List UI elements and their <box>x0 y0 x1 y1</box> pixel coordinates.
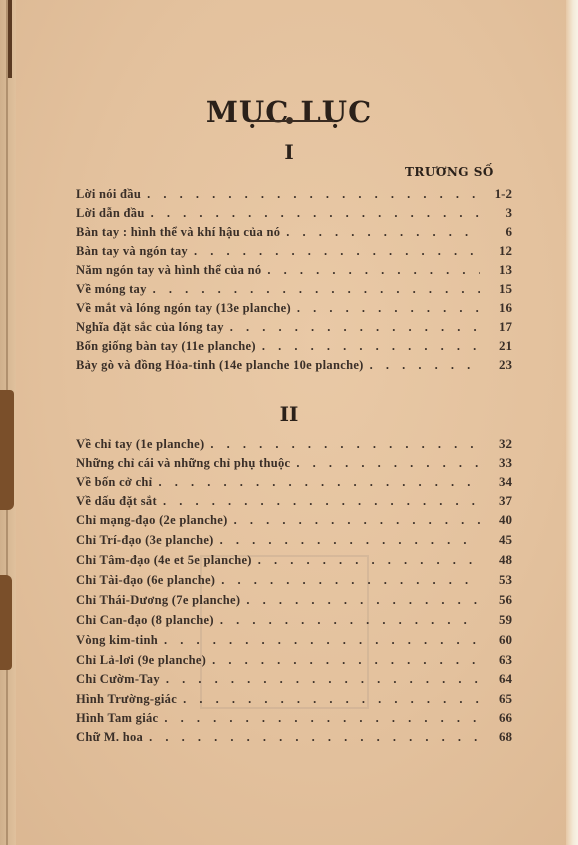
toc-entry-label: Nghĩa đặt sắc của lóng tay <box>76 320 224 335</box>
toc-entry[interactable]: Chỉ Trí-đạo (3e planche)45 <box>76 532 512 550</box>
toc-entry-label: Lời dẫn đầu <box>76 206 145 221</box>
toc-entry-page: 16 <box>486 300 512 316</box>
toc-entry[interactable]: Chỉ Thái-Dương (7e planche)56 <box>76 592 512 610</box>
toc-entry[interactable]: Nghĩa đặt sắc của lóng tay17 <box>76 319 512 337</box>
toc-entry-label: Chỉ Cườm-Tay <box>76 672 160 687</box>
dot-leader <box>370 358 480 373</box>
toc-entry-page: 32 <box>486 436 512 452</box>
dot-leader <box>158 475 480 490</box>
dot-leader <box>296 456 480 471</box>
page-title: MỤC LỤC <box>0 95 578 129</box>
toc-entry-page: 3 <box>486 205 512 221</box>
toc-entry[interactable]: Về mắt và lóng ngón tay (13e planche)16 <box>76 300 512 318</box>
dot-leader <box>210 437 480 452</box>
toc-entry-page: 45 <box>486 532 512 548</box>
toc-entry-label: Chỉ Trí-đạo (3e planche) <box>76 533 214 548</box>
toc-entry-label: Chỉ Can-đạo (8 planche) <box>76 613 214 628</box>
dot-leader <box>234 513 480 528</box>
dot-leader <box>147 187 480 202</box>
dot-leader <box>297 301 480 316</box>
dot-leader <box>194 244 480 259</box>
toc-entry-page: 37 <box>486 493 512 509</box>
toc-entry-label: Chỉ Tài-đạo (6e planche) <box>76 573 215 588</box>
toc-entry-label: Bốn giống bàn tay (11e planche) <box>76 339 256 354</box>
toc-entry-page: 6 <box>486 224 512 240</box>
toc-entry-page: 66 <box>486 710 512 726</box>
toc-entry-label: Chỉ Tâm-đạo (4e et 5e planche) <box>76 553 252 568</box>
toc-entry-label: Chỉ mạng-đạo (2e planche) <box>76 513 228 528</box>
toc-entry-page: 40 <box>486 512 512 528</box>
toc-entry[interactable]: Bàn tay : hình thể và khí hậu của nó6 <box>76 224 512 242</box>
toc-entry-page: 34 <box>486 474 512 490</box>
toc-entry-label: Bảy gò và đồng Hỏa-tinh (14e planche 10e… <box>76 358 364 373</box>
toc-entry[interactable]: Bàn tay và ngón tay12 <box>76 243 512 261</box>
toc-entry-page: 60 <box>486 632 512 648</box>
toc-entry-page: 21 <box>486 338 512 354</box>
toc-entry-label: Vòng kim-tinh <box>76 633 158 648</box>
dot-leader <box>164 633 480 648</box>
dot-leader <box>220 533 480 548</box>
section-numeral-2: II <box>0 402 578 426</box>
toc-entry-page: 1-2 <box>486 186 512 202</box>
toc-entry[interactable]: Hình Trường-giác65 <box>76 691 512 709</box>
dot-leader <box>166 672 480 687</box>
toc-entry[interactable]: Chữ M. hoa68 <box>76 729 512 747</box>
dot-leader <box>267 263 480 278</box>
toc-entry-page: 48 <box>486 552 512 568</box>
toc-entry[interactable]: Những chỉ cái và những chỉ phụ thuộc33 <box>76 455 512 473</box>
dot-leader <box>246 593 480 608</box>
dot-leader <box>286 225 480 240</box>
toc-entry-page: 23 <box>486 357 512 373</box>
toc-entry[interactable]: Hình Tam giác66 <box>76 710 512 728</box>
toc-entry-label: Bàn tay : hình thể và khí hậu của nó <box>76 225 280 240</box>
toc-entry-label: Năm ngón tay và hình thể của nó <box>76 263 261 278</box>
toc-entry[interactable]: Lời dẫn đầu3 <box>76 205 512 223</box>
toc-entry[interactable]: Về bốn cở chỉ34 <box>76 474 512 492</box>
toc-entry[interactable]: Về chỉ tay (1e planche)32 <box>76 436 512 454</box>
toc-entry[interactable]: Chỉ Cườm-Tay64 <box>76 671 512 689</box>
toc-entry-page: 68 <box>486 729 512 745</box>
dot-leader <box>164 711 480 726</box>
toc-entry-label: Về móng tay <box>76 282 147 297</box>
section-numeral-1: I <box>0 140 578 164</box>
dot-leader <box>149 730 480 745</box>
toc-entry-label: Hình Trường-giác <box>76 692 177 707</box>
toc-entry-label: Chỉ Lả-lơi (9e planche) <box>76 653 206 668</box>
dot-leader <box>230 320 480 335</box>
toc-entry-page: 64 <box>486 671 512 687</box>
toc-entry-label: Những chỉ cái và những chỉ phụ thuộc <box>76 456 290 471</box>
toc-entry-page: 59 <box>486 612 512 628</box>
toc-entry-label: Về bốn cở chỉ <box>76 475 152 490</box>
toc-entry[interactable]: Lời nói đầu1-2 <box>76 186 512 204</box>
toc-entry[interactable]: Năm ngón tay và hình thể của nó13 <box>76 262 512 280</box>
toc-entry-label: Chữ M. hoa <box>76 730 143 745</box>
toc-entry[interactable]: Về móng tay15 <box>76 281 512 299</box>
toc-entry[interactable]: Chỉ mạng-đạo (2e planche)40 <box>76 512 512 530</box>
dot-leader <box>151 206 480 221</box>
toc-entry-label: Về dấu đặt sắt <box>76 494 157 509</box>
title-ornament-dot <box>286 117 293 124</box>
toc-entry-page: 15 <box>486 281 512 297</box>
toc-entry[interactable]: Chỉ Lả-lơi (9e planche)63 <box>76 652 512 670</box>
toc-entry-page: 12 <box>486 243 512 259</box>
dot-leader <box>258 553 480 568</box>
toc-entry-label: Hình Tam giác <box>76 711 158 726</box>
toc-entry-page: 33 <box>486 455 512 471</box>
dot-leader <box>212 653 480 668</box>
toc-entry-page: 56 <box>486 592 512 608</box>
toc-entry[interactable]: Vòng kim-tinh60 <box>76 632 512 650</box>
dot-leader <box>262 339 480 354</box>
toc-entry[interactable]: Về dấu đặt sắt37 <box>76 493 512 511</box>
toc-entry-label: Chỉ Thái-Dương (7e planche) <box>76 593 240 608</box>
toc-entry-label: Bàn tay và ngón tay <box>76 244 188 259</box>
toc-entry-page: 65 <box>486 691 512 707</box>
page-column-header: TRƯƠNG SỐ <box>405 165 494 179</box>
dot-leader <box>153 282 480 297</box>
spine-shadow <box>8 0 12 78</box>
dot-leader <box>220 613 480 628</box>
spine-tear <box>0 575 12 670</box>
toc-entry-label: Về mắt và lóng ngón tay (13e planche) <box>76 301 291 316</box>
toc-entry[interactable]: Chỉ Tài-đạo (6e planche)53 <box>76 572 512 590</box>
toc-entry-page: 13 <box>486 262 512 278</box>
toc-entry-page: 63 <box>486 652 512 668</box>
toc-entry[interactable]: Chỉ Tâm-đạo (4e et 5e planche)48 <box>76 552 512 570</box>
dot-leader <box>163 494 480 509</box>
toc-entry-page: 53 <box>486 572 512 588</box>
dot-leader <box>221 573 480 588</box>
toc-entry-page: 17 <box>486 319 512 335</box>
toc-entry-label: Về chỉ tay (1e planche) <box>76 437 204 452</box>
dot-leader <box>183 692 480 707</box>
toc-entry[interactable]: Chỉ Can-đạo (8 planche)59 <box>76 612 512 630</box>
toc-entry[interactable]: Bảy gò và đồng Hỏa-tinh (14e planche 10e… <box>76 357 512 375</box>
book-page: MỤC LỤC I TRƯƠNG SỐ Lời nói đầu1-2 Lời d… <box>0 0 578 845</box>
toc-entry-label: Lời nói đầu <box>76 187 141 202</box>
toc-entry[interactable]: Bốn giống bàn tay (11e planche)21 <box>76 338 512 356</box>
